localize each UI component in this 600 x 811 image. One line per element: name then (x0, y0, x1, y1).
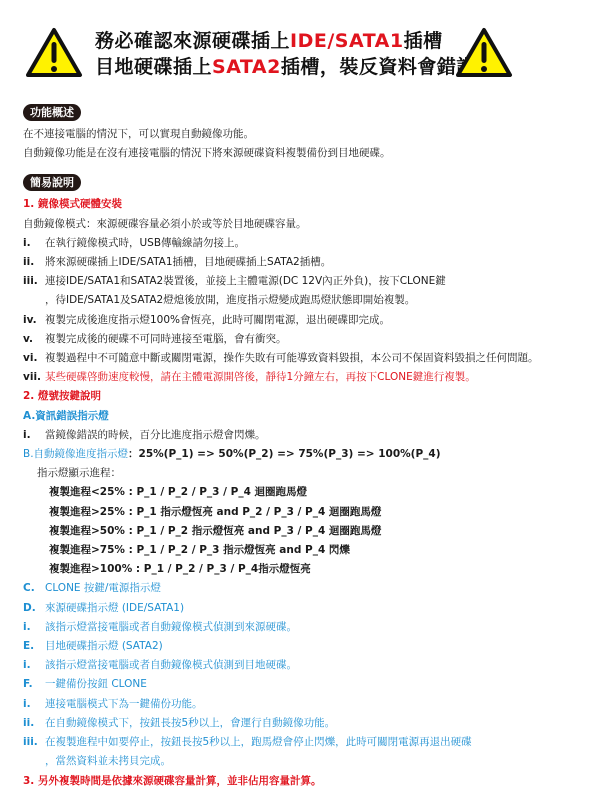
list-item: i.當鏡像錯誤的時候，百分比進度指示燈會閃爍。 (23, 426, 593, 445)
section-1-title: 1. 鏡像模式硬體安裝 (23, 195, 593, 214)
progress-step: 複製進程>75% : P_1 / P_2 / P_3 指示燈恆亮 and P_4… (23, 541, 593, 560)
list-item: iii.連接IDE/SATA1和SATA2裝置後，並接上主體電源(DC 12V內… (23, 272, 593, 291)
subsection-a-title: A.資訊錯誤指示燈 (23, 407, 593, 426)
list-item-continuation: ，待IDE/SATA1及SATA2燈熄後放開，進度指示燈變成跑馬燈狀態即開始複製… (23, 291, 593, 310)
subsection-c-title: C.CLONE 按鍵/電源指示燈 (23, 579, 593, 598)
banner-text: 務必確認來源硬碟插上IDE/SATA1插槽 目地硬碟插上SATA2插槽，裝反資料… (95, 28, 455, 80)
warning-banner: 務必確認來源硬碟插上IDE/SATA1插槽 目地硬碟插上SATA2插槽，裝反資料… (0, 0, 600, 100)
list-item: vi.複製過程中不可隨意中斷或關閉電源，操作失敗有可能導致資料毀損，本公司不保固… (23, 349, 593, 368)
list-item: i.該指示燈當接電腦或者自動鏡像模式偵測到目地硬碟。 (23, 656, 593, 675)
list-item: ii.將來源硬碟插上IDE/SATA1插槽，目地硬碟插上SATA2插槽。 (23, 253, 593, 272)
subsection-d-title: D.來源硬碟指示燈 (IDE/SATA1) (23, 599, 593, 618)
list-item: i.該指示燈當接電腦或者自動鏡像模式偵測到來源硬碟。 (23, 618, 593, 637)
list-item: i.在執行鏡像模式時，USB傳輸線請勿接上。 (23, 234, 593, 253)
overview-line: 在不連接電腦的情況下，可以實現自動鏡像功能。 (23, 125, 593, 144)
subsection-e-title: E.目地硬碟指示燈 (SATA2) (23, 637, 593, 656)
section-3-title: 3. 另外複製時間是依據來源硬碟容量計算，並非佔用容量計算。 (23, 772, 593, 791)
subsection-b-title: B.自動鏡像進度指示燈：25%(P_1) => 50%(P_2) => 75%(… (23, 445, 593, 464)
document-body: 功能概述 在不連接電腦的情況下，可以實現自動鏡像功能。 自動鏡像功能是在沒有連接… (23, 104, 593, 791)
warning-icon (455, 27, 513, 79)
progress-step: 複製進程>50% : P_1 / P_2 指示燈恆亮 and P_3 / P_4… (23, 522, 593, 541)
section-1-intro: 自動鏡像模式：來源硬碟容量必須小於或等於目地硬碟容量。 (23, 215, 593, 234)
banner-line-1: 務必確認來源硬碟插上IDE/SATA1插槽 (95, 28, 455, 54)
list-item: vii.某些硬碟啓動速度較慢，請在主體電源開啓後，靜待1分鐘左右，再按下CLON… (23, 368, 593, 387)
indicator-sublabel: 指示燈顯示進程： (23, 464, 593, 483)
overview-label: 功能概述 (23, 104, 81, 121)
warning-icon (25, 27, 83, 79)
progress-step: 複製進程<25% : P_1 / P_2 / P_3 / P_4 迴圈跑馬燈 (23, 483, 593, 502)
subsection-f-title: F.一鍵備份按鈕 CLONE (23, 675, 593, 694)
overview-line: 自動鏡像功能是在沒有連接電腦的情況下將來源硬碟資料複製備份到目地硬碟。 (23, 144, 593, 163)
progress-step: 複製進程>25% : P_1 指示燈恆亮 and P_2 / P_3 / P_4… (23, 503, 593, 522)
list-item: iv.複製完成後進度指示燈100%會恆亮，此時可關閉電源，退出硬碟即完成。 (23, 311, 593, 330)
instructions-label: 簡易說明 (23, 174, 81, 191)
list-item: v.複製完成後的硬碟不可同時連接至電腦，會有衝突。 (23, 330, 593, 349)
progress-step: 複製進程>100% : P_1 / P_2 / P_3 / P_4指示燈恆亮 (23, 560, 593, 579)
section-2-title: 2. 燈號按鍵說明 (23, 387, 593, 406)
list-item: ii.在自動鏡像模式下，按鈕長按5秒以上，會運行自動鏡像功能。 (23, 714, 593, 733)
list-item: iii.在複製進程中如要停止，按鈕長按5秒以上，跑馬燈會停止閃爍，此時可關閉電源… (23, 733, 593, 752)
banner-line-2: 目地硬碟插上SATA2插槽，裝反資料會錯誤 (95, 54, 455, 80)
list-item: i.連接電腦模式下為一鍵備份功能。 (23, 695, 593, 714)
list-item-continuation: ，當然資料並未拷貝完成。 (23, 752, 593, 771)
